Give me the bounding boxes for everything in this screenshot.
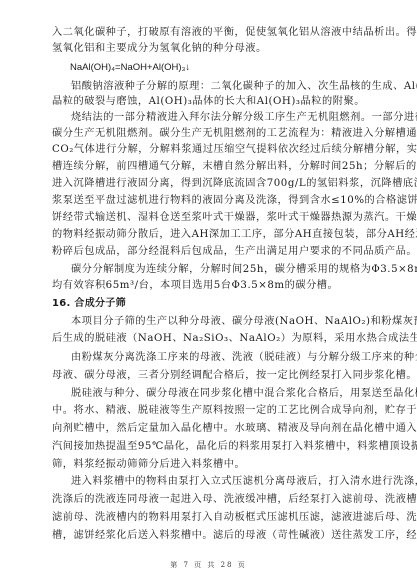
text-line: 进入料浆槽中的物料由泵打入立式压滤机分离母液后，打入清水进行洗涤，	[71, 475, 366, 489]
text-line: 烧结法的一部分精液进入拜尔法分解分级工序生产无机阻燃剂。一部分进行	[71, 111, 366, 125]
text-line: 洗涤后的洗液连同母液一起进入母、洗液缓冲槽，后经泵打入滤前母、洗液槽；	[52, 493, 366, 507]
text-line: 脱硅液与种分、碳分母液在同步浆化槽中混合浆化合格后，用泵送至晶化槽	[71, 387, 366, 401]
chemical-equation: NaAl(OH)₄=NaOH+Al(OH)₃↓	[70, 61, 384, 75]
text-line: 粉碎后包成品，部分经混料后包成品，生产出满足用户要求的不同品质产品。	[52, 245, 366, 259]
text-line: 的物料经振动筛分散后，进入AH深加工工序，部分AH直接包装，部分AH经过	[52, 228, 366, 242]
document-page: 入二氧化碳种子，打破原有溶液的平衡，促使氢氧化铝从溶液中结晶析出。得到氢氧化铝和…	[0, 0, 417, 588]
section-heading: 16. 合成分子筛	[52, 297, 366, 311]
text-line: 滤前母、洗液槽内的物料用泵打入自动板框式压滤机压滤，滤液进滤后母、洗液	[52, 511, 366, 525]
text-line: 中。将水、精液、脱硅液等生产原料按照一定的工艺比例合成导向剂，贮存于导	[52, 404, 366, 418]
text-line: 入二氧化碳种子，打破原有溶液的平衡，促使氢氧化铝从溶液中结晶析出。得到	[52, 26, 366, 40]
text-line: 铝酸钠溶液种子分解的原理：二氧化碳种子的加入、次生晶核的生成、Al(OH)₃	[71, 80, 366, 94]
text-line: 进入沉降槽进行液固分离，得到沉降底流固含700g/L的氢铝料浆，沉降槽底流料	[52, 177, 366, 191]
text-line: 晶粒的破裂与磨蚀，Al(OH)₃晶体的长大和Al(OH)₃晶粒的附聚。	[52, 95, 366, 109]
text-line: 氢氧化铝和主要成分为氢氧化钠的种分母液。	[52, 42, 366, 56]
text-line: 碳分分解制度为连续分解，分解时间25h，碳分槽采用的规格为Φ3.5×8m，平	[71, 263, 366, 277]
text-line: 碳分生产无机阻燃剂。碳分生产无机阻燃剂的工艺流程为：精液进入分解槽通入	[52, 127, 366, 141]
text-line: 本项目分子筛的生产以种分母液、碳分母液(NaOH、NaAlO₂)和粉煤灰预脱硅	[71, 315, 366, 329]
text-line: 由粉煤灰分离洗涤工序来的母液、洗液（脱硅液）与分解分级工序来的种分	[71, 351, 366, 365]
text-line: 槽连续分解，前四槽通气分解，末槽自然分解出料，分解时间25h；分解后的料浆	[52, 160, 366, 174]
text-line: 母液、碳分母液，三者分别经调配合格后，按一定比例经泵打入同步浆化槽。	[52, 369, 366, 383]
text-line: 汽间接加热提温至95℃晶化，晶化后的料浆用泵打入料浆槽中，料浆槽顶设振动	[52, 440, 366, 454]
text-line: CO₂气体进行分解，分解料浆通过压缩空气提料依次经过后续分解槽分解，实行五	[52, 143, 366, 157]
text-line: 筛，料浆经振动筛筛分后进入料浆槽中。	[52, 458, 366, 472]
text-line: 后生成的脱硅液（NaOH、Na₂SiO₃、NaAlO₂）为原料，采用水热合成法生…	[52, 332, 366, 346]
text-line: 向剂贮槽中，然后定量加入晶化槽中。水玻璃、精液及导向剂在晶化槽中通入蒸	[52, 422, 366, 436]
text-line: 浆泵送至平盘过滤机进行物料的液固分离及洗涤，得到含水≤10%的合格滤饼，滤	[52, 194, 366, 208]
text-line: 饼经带式输送机、湿料仓送至浆叶式干燥器，浆叶式干燥器热源为蒸汽。干燥后	[52, 211, 366, 225]
text-line: 槽，滤饼经浆化后送入料浆槽中。滤后的母液（苛性碱液）送往蒸发工序，经蒸	[52, 529, 366, 543]
text-line: 均有效容积65m³/台，本项目选用5台Φ3.5×8m的碳分槽。	[52, 279, 366, 293]
page-footer: 第 7 页 共 28 页	[0, 560, 417, 570]
